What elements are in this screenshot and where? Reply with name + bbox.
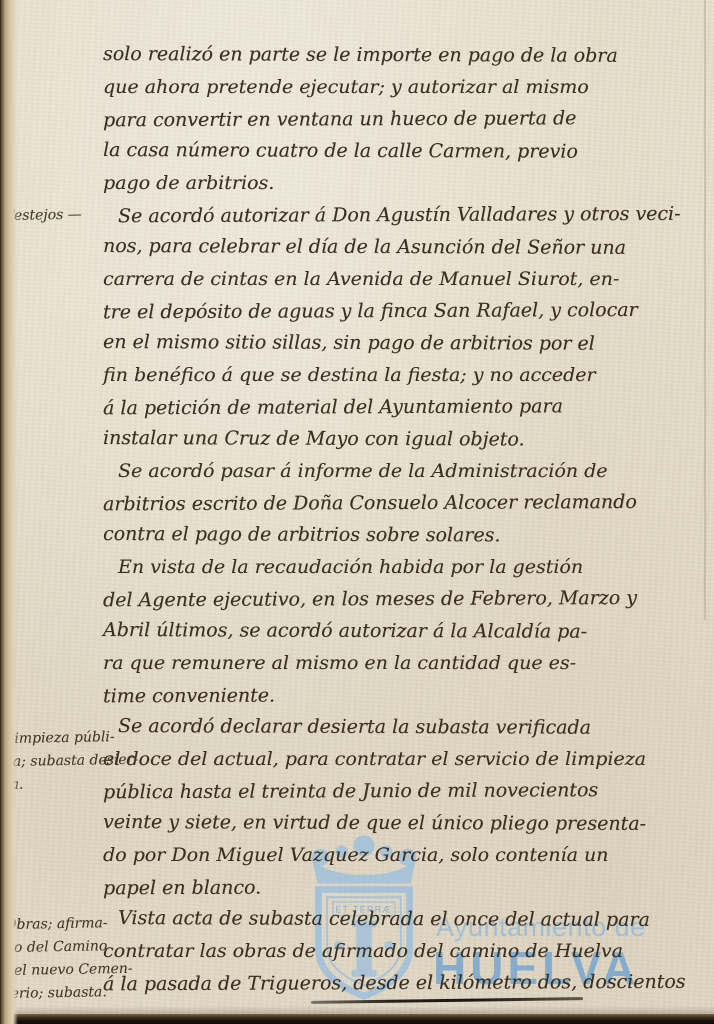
manuscript-body: solo realizó en parte se le importe en p… bbox=[103, 39, 693, 999]
margin-note-line: Limpieza públi- bbox=[5, 726, 117, 751]
manuscript-line: que ahora pretende ejecutar; y autorizar… bbox=[103, 71, 693, 103]
manuscript-line: Se acordó pasar á informe de la Administ… bbox=[103, 455, 693, 487]
manuscript-line: del Agente ejecutivo, en los meses de Fe… bbox=[103, 582, 693, 617]
book-binding-edge bbox=[0, 0, 18, 1024]
manuscript-line: Abril últimos, se acordó autorizar á la … bbox=[103, 614, 693, 648]
manuscript-line: pago de arbitrios. bbox=[103, 167, 693, 199]
manuscript-line: fin benéfico á que se destina la fiesta;… bbox=[103, 359, 693, 391]
manuscript-line: Vista acta de subasta celebrada el once … bbox=[103, 902, 693, 936]
page-bottom-shadow bbox=[0, 1006, 714, 1014]
manuscript-line: En vista de la recaudación habida por la… bbox=[103, 551, 693, 583]
manuscript-line: contratar las obras de afirmado del cami… bbox=[103, 935, 693, 967]
margin-note-line: terio; subasta. bbox=[5, 981, 117, 1006]
margin-note-line: Festejos — bbox=[5, 203, 117, 228]
manuscript-line: á la pasada de Trigueros, desde el kilóm… bbox=[103, 966, 693, 1001]
manuscript-line: el doce del actual, para contratar el se… bbox=[103, 743, 693, 775]
paper-crease bbox=[704, 0, 706, 620]
margin-note-line: ca; subasta desier- bbox=[5, 749, 117, 774]
manuscript-line: time conveniente. bbox=[103, 678, 693, 713]
manuscript-line: solo realizó en parte se le importe en p… bbox=[103, 38, 693, 72]
manuscript-line: en el mismo sitio sillas, sin pago de ar… bbox=[103, 326, 693, 360]
manuscript-line: á la petición de material del Ayuntamien… bbox=[103, 390, 693, 425]
margin-note: Limpieza públi-ca; subasta desier-ta. bbox=[5, 727, 117, 796]
margin-note-line: Obras; afirma- bbox=[5, 912, 117, 937]
manuscript-line: nos, para celebrar el día de la Asunción… bbox=[103, 230, 693, 264]
manuscript-line: do por Don Miguel Vazquez Garcia, solo c… bbox=[103, 839, 693, 871]
manuscript-line: ra que remunere al mismo en la cantidad … bbox=[103, 647, 693, 679]
manuscript-line: carrera de cintas en la Avenida de Manue… bbox=[103, 263, 693, 295]
manuscript-line: tre el depósito de aguas y la finca San … bbox=[103, 294, 693, 329]
margin-note: Festejos — bbox=[5, 204, 117, 227]
manuscript-line: papel en blanco. bbox=[103, 870, 693, 905]
manuscript-line: para convertir en ventana un hueco de pu… bbox=[103, 102, 693, 137]
margin-note: Obras; afirma-do del Caminodel nuevo Cem… bbox=[5, 913, 117, 1005]
manuscript-line: la casa número cuatro de la calle Carmen… bbox=[103, 134, 693, 168]
page-bottom-edge bbox=[0, 1014, 714, 1024]
margin-note-line: del nuevo Cemen- bbox=[5, 958, 117, 983]
manuscript-line: veinte y siete, en virtud de que el únic… bbox=[103, 806, 693, 840]
manuscript-line: Se acordó autorizar á Don Agustín Vallad… bbox=[103, 198, 693, 233]
manuscript-line: arbitrios escrito de Doña Consuelo Alcoc… bbox=[103, 486, 693, 521]
manuscript-page-scan: ET TERRÆ Ayuntamiento de HUELVA solo rea… bbox=[0, 0, 714, 1024]
manuscript-line: Se acordó declarar desierta la subasta v… bbox=[103, 710, 693, 744]
margin-note-line: do del Camino bbox=[5, 935, 117, 960]
manuscript-line: contra el pago de arbitrios sobre solare… bbox=[103, 518, 693, 552]
manuscript-line: pública hasta el treinta de Junio de mil… bbox=[103, 774, 693, 809]
margin-note-line: ta. bbox=[5, 772, 117, 797]
manuscript-line: instalar una Cruz de Mayo con igual obje… bbox=[103, 422, 693, 456]
